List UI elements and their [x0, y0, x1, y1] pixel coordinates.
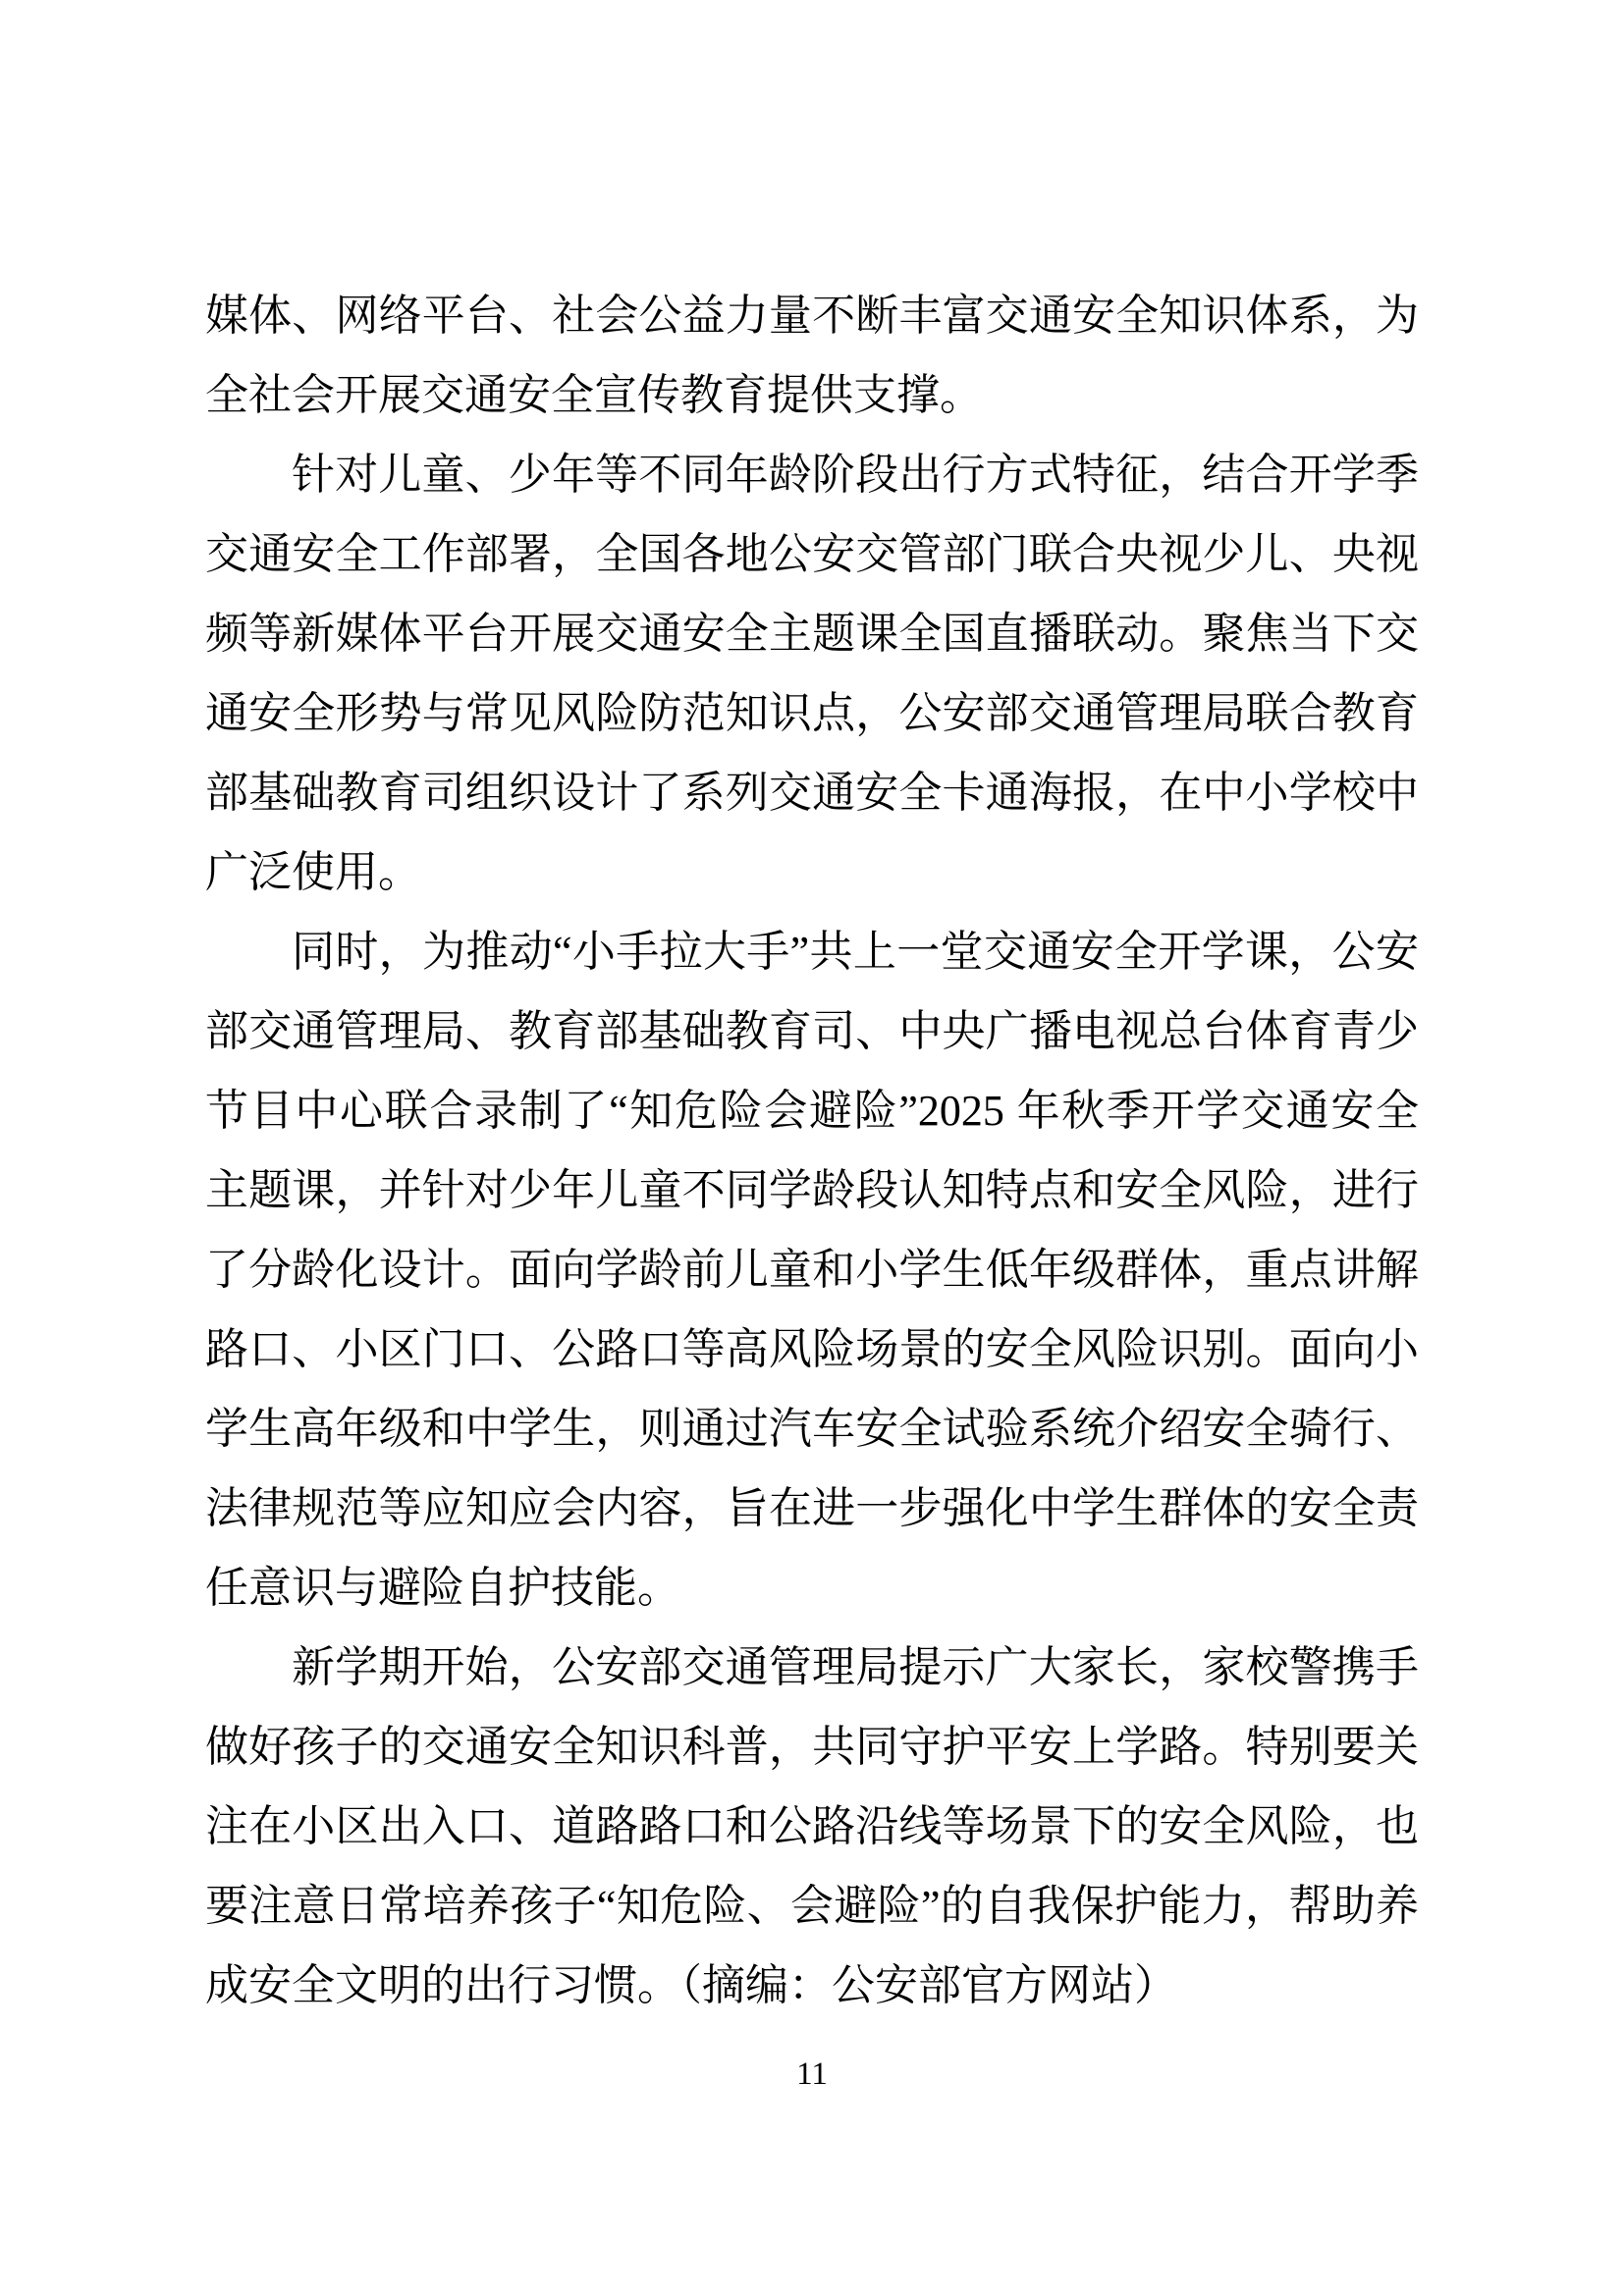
document-page: 媒体、网络平台、社会公益力量不断丰富交通安全知识体系，为全社会开展交通安全宣传教…	[0, 0, 1624, 2296]
document-body: 媒体、网络平台、社会公益力量不断丰富交通安全知识体系，为全社会开展交通安全宣传教…	[205, 276, 1419, 2025]
paragraph-3: 同时，为推动“小手拉大手”共上一堂交通安全开学课，公安部交通管理局、教育部基础教…	[205, 912, 1419, 1628]
page-number: 11	[0, 2055, 1624, 2094]
paragraph-2: 针对儿童、少年等不同年龄阶段出行方式特征，结合开学季交通安全工作部署，全国各地公…	[205, 435, 1419, 912]
paragraph-1: 媒体、网络平台、社会公益力量不断丰富交通安全知识体系，为全社会开展交通安全宣传教…	[205, 276, 1419, 435]
paragraph-4: 新学期开始，公安部交通管理局提示广大家长，家校警携手做好孩子的交通安全知识科普，…	[205, 1628, 1419, 2025]
